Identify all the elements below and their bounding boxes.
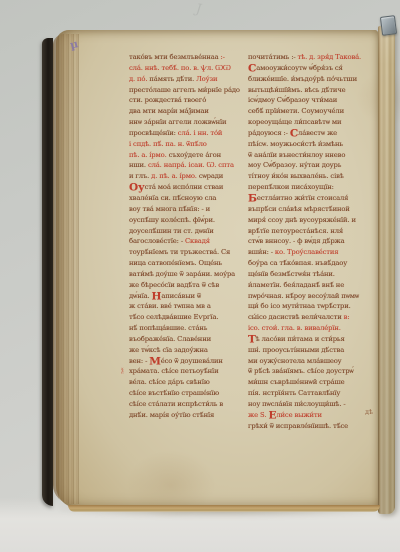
ink-segment-brown: ѿ ана́лїи вънести́нлоу ннево bbox=[248, 151, 345, 159]
text-line: сѣі́се ста́лати испрѣсти́ль в bbox=[129, 399, 248, 410]
ink-segment-brown: ста́ моа́ испо́лни стваи bbox=[145, 183, 224, 191]
text-line: днѣ́и. марі́я оу́тїю стѣ́нїя bbox=[129, 410, 248, 421]
ink-segment-red: і спдѣ. пѣ́. па. н. ѿпѣ́ло bbox=[129, 140, 207, 148]
text-line: ісѡ́дмоу Сѡ́бразоу чти́маи bbox=[248, 95, 369, 106]
text-line: стѡ́в вннсоу. - ф вѡ́дя дѣ́ржа bbox=[248, 236, 369, 247]
ink-segment-brown: вытьщѣи́шїймъ. вѣсь дѣ́тиче bbox=[248, 86, 346, 94]
ink-segment-brown: вен: - bbox=[129, 357, 149, 365]
ink-segment-red: в: bbox=[344, 313, 350, 321]
text-line: пѣ. а. і́рмо. съхоу́дете а́гон bbox=[129, 150, 248, 161]
ink-segment-brown: дѡ́нїа. bbox=[129, 292, 152, 300]
text-line: хра́мата. сѣі́се петьоуѣ́нїи bbox=[129, 366, 248, 377]
ink-segment-brown: ще́нїв безмѣ́стѡя́н тѣа́ни. bbox=[248, 270, 335, 278]
text-line: боу́ра са тѣ́ко́впая. нъвѣ́даоу bbox=[248, 258, 369, 269]
text-line: вати́мѣ доу́ше ѿ зара́ни. моу́ра bbox=[129, 269, 248, 280]
ink-segment-brown: пѣі́сѡ. моужьоси́стѣ и́змѣнь bbox=[248, 140, 343, 148]
text-line: нѣ́ попѣща́вшие. ста́нь bbox=[129, 323, 248, 334]
ink-segment-red: же Ѕ. bbox=[248, 411, 269, 419]
ink-segment-brown: ѣ ласо́ви пи́тама и сти́рья bbox=[256, 335, 345, 343]
ink-segment-brown: врѣ́тїе петоуреста́нѣся. нля́ bbox=[248, 227, 343, 235]
text-line: ще́нїв безмѣ́стѡя́н тѣа́ни. bbox=[248, 269, 369, 280]
text-line: кореоуща́ще ли́псавѣтѡ ми bbox=[248, 117, 369, 128]
ink-segment-brown: ті́тноу и́ко́н выхвале́нь. сівѣ bbox=[248, 172, 344, 180]
text-line: два мти марі́и ма́ѯимаи bbox=[129, 106, 248, 117]
text-line: оуспѣ́шу коле́спѣ. фїѡ́ри. bbox=[129, 215, 248, 226]
ink-segment-brown: ѿ рѣ́сѣ зва́нїямъ. сѣі́се доустрѡ́ bbox=[248, 367, 354, 375]
text-line: воу тва́ многа пѣ́нїя: - и bbox=[129, 204, 248, 215]
ink-segment-brown: ра́доуюся :- bbox=[248, 129, 290, 137]
ink-segment-red: С bbox=[290, 127, 298, 139]
ink-segment-brown: нѣ́ попѣща́вшие. ста́нь bbox=[129, 324, 207, 332]
ink-segment-brown: и́ламетїн. бея́ладанѣ́ внѣ́ не bbox=[248, 281, 344, 289]
text-line: сѣі́се въстѣ́нїю страше́нїю bbox=[129, 388, 248, 399]
text-line: ра́доуюся :- Сла́вестѡ же bbox=[248, 128, 369, 139]
ink-segment-brown: тѣ́со селѣдва́вшие Еѵргїа. bbox=[129, 313, 218, 321]
metal-clip bbox=[380, 15, 397, 36]
ink-segment-brown: хвале́нїа си. пѣ́сноую сла bbox=[129, 194, 216, 202]
text-line: въображе́нїа. Славе́нни bbox=[129, 334, 248, 345]
page-edges-bottom bbox=[68, 505, 380, 512]
text-line: д. по́. па́мять дѣ́ти. Лоу́зи bbox=[129, 74, 248, 85]
text-line: ѿ рѣ́сѣ зва́нїямъ. сѣі́се доустрѡ́ bbox=[248, 366, 369, 377]
book-cover-spine bbox=[42, 38, 53, 506]
text-line: же тѡ́ксѣ сїа задоу́жна bbox=[129, 345, 248, 356]
ink-segment-brown: же бѣресо́сїи вадѣ́та ѿ сѣв bbox=[129, 281, 219, 289]
ink-segment-red: сла́. і нн. то́й bbox=[178, 129, 223, 137]
text-line: шн́. прооусьті́нными дѣ́ства bbox=[248, 345, 369, 356]
ink-segment-brown: хра́мата. сѣі́се петьоуѣ́нїи bbox=[129, 367, 218, 375]
ink-segment-brown: сѣі́се въстѣ́нїю страше́нїю bbox=[129, 389, 219, 397]
ink-segment-brown: воу тва́ многа пѣ́нїя: - и bbox=[129, 205, 210, 213]
ink-segment-brown: шн́. прооусьті́нными дѣ́ства bbox=[248, 346, 344, 354]
ink-segment-brown: пі́я. нстрїя́нть Саттавлѣ́нїу bbox=[248, 389, 340, 397]
text-line: и глъ. д. пѣ. а. і́рмо. сѡради bbox=[129, 171, 248, 182]
text-column-right: почита́тимь :- тѣ. д. зря́д Такова́.Само… bbox=[248, 52, 369, 436]
ink-segment-brown: ближе́ишїе. и́мъдоу́рѣ по́чьтши bbox=[248, 75, 357, 83]
page-edges-right bbox=[378, 26, 395, 514]
ink-segment-brown: тако́въ мти безмлъве́ннаа bbox=[129, 53, 219, 61]
ink-segment-brown: е́со ѿ доушева́лин bbox=[161, 357, 223, 365]
ink-segment-brown: же тѡ́ксѣ сїа задоу́жна bbox=[129, 346, 208, 354]
text-line: ница сатвопе́нїемъ. Още́нь bbox=[129, 258, 248, 269]
ink-segment-red: М bbox=[149, 355, 160, 367]
text-line: ті́тноу и́ко́н выхвале́нь. сівѣ bbox=[248, 171, 369, 182]
ink-segment-brown: сѣі́се ста́лати испрѣсти́ль в bbox=[129, 400, 223, 408]
text-line: ми́шн съврѣше́ннѡй стра́ше bbox=[248, 377, 369, 388]
ink-segment-brown: два мти марі́и ма́ѯимаи bbox=[129, 107, 209, 115]
text-line: ж ста́ви. вве́ тѡпна мв а bbox=[129, 301, 248, 312]
text-line: вытьщѣи́шїймъ. вѣсь дѣ́тиче bbox=[248, 85, 369, 96]
text-line: ми оужу́снотела мла́вшеоу bbox=[248, 356, 369, 367]
ink-segment-red: Сквадя́ bbox=[185, 237, 210, 245]
ink-segment-brown: ми оужу́снотела мла́вшеоу bbox=[248, 357, 342, 365]
text-line: моу Сѡ́бразоу. ну́таи доурь bbox=[248, 160, 369, 171]
ink-segment-brown: тоурѣ́нїемъ ти тръжества́. Ся bbox=[129, 248, 230, 256]
ink-segment-red: Т bbox=[248, 333, 256, 345]
text-line: себѣ́ прїи́мети. Соумоуче́ли bbox=[248, 106, 369, 117]
text-line: і спдѣ. пѣ́. па. н. ѿпѣ́ло bbox=[129, 139, 248, 150]
ink-segment-brown: престо́лаше аггелъ ми́рнїе ра́до bbox=[129, 86, 240, 94]
text-line: вен: - Ме́со ѿ доушева́лин bbox=[129, 356, 248, 367]
ink-segment-red: сла́. ннѣ. тебѣ́. по. в. ѱл. ѠѠ bbox=[129, 64, 231, 72]
ink-segment-brown: въображе́нїа. Славе́нни bbox=[129, 335, 211, 343]
ink-segment-brown: ла́вестѡ же bbox=[298, 129, 337, 137]
ink-segment-brown: нши. bbox=[129, 161, 148, 169]
ink-segment-brown: миря́ ссоу днѣ вусоуряже́нїй. и bbox=[248, 216, 356, 224]
ink-segment-brown: днѣ́и. марі́я оу́тїю стѣ́нїя bbox=[129, 411, 214, 419]
ink-segment-brown: ісѡ́дмоу Сѡ́бразоу чти́маи bbox=[248, 96, 337, 104]
ink-segment-red: д. пѣ. а. і́рмо. bbox=[151, 172, 199, 180]
text-line: просвѣще́нїи: сла́. і нн. то́й bbox=[129, 128, 248, 139]
text-line: миря́ ссоу днѣ вусоуряже́нїй. и bbox=[248, 215, 369, 226]
text-line: ісо. стои́. гла. в. вивале́рїн. bbox=[248, 323, 369, 334]
text-line: сы́ісо дасиствѣ вели́чалсти в: bbox=[248, 312, 369, 323]
ink-segment-brown: стѡ́в вннсоу. - ф вѡ́дя дѣ́ржа bbox=[248, 237, 345, 245]
text-line: сла́. ннѣ. тебѣ́. по. в. ѱл. ѠѠ bbox=[129, 63, 248, 74]
ink-segment-brown: сы́ісо дасиствѣ вели́чалсти bbox=[248, 313, 344, 321]
ink-segment-brown: вати́мѣ доу́ше ѿ зара́ни. моу́ра bbox=[129, 270, 235, 278]
ink-segment-red: Б bbox=[248, 192, 257, 204]
text-line: тоурѣ́нїемъ ти тръжества́. Ся bbox=[129, 247, 248, 258]
ink-segment-red: ісо. стои́. гла. в. вивале́рїн. bbox=[248, 324, 341, 332]
text-line: хвале́нїа си. пѣ́сноую сла bbox=[129, 193, 248, 204]
ink-segment-brown: аписа́выи ѿ bbox=[161, 292, 201, 300]
text-line: нши. сла́. напра́. ісаи. Ѡ. спта bbox=[129, 160, 248, 171]
text-line: пі́я. нстрїя́нть Саттавлѣ́нїу bbox=[248, 388, 369, 399]
text-line: Тѣ ласо́ви пи́тама и сти́рья bbox=[248, 334, 369, 345]
text-line: Оуста́ моа́ испо́лни стваи bbox=[129, 182, 248, 193]
ink-segment-brown: пѡро́чная. нѣ́роу весоу́лай пѡмѡ bbox=[248, 292, 359, 300]
text-line: и́ламетїн. бея́ладанѣ́ внѣ́ не bbox=[248, 280, 369, 291]
ink-segment-brown: грѣхи́ ѿ исправле́нїишѣ. тѣ́се bbox=[248, 422, 348, 430]
ink-segment-red: С bbox=[248, 62, 256, 74]
ink-segment-brown: съхоу́дете а́гон bbox=[169, 151, 221, 159]
ink-segment-brown: и глъ. bbox=[129, 172, 151, 180]
ink-segment-red: д. по́. bbox=[129, 75, 149, 83]
backdrop-pencil-mark: J bbox=[195, 2, 202, 17]
text-line: пѣі́сѡ. моужьоси́стѣ и́змѣнь bbox=[248, 139, 369, 150]
ink-segment-brown: доуселѣ́шин ти ст. дѡнїи bbox=[129, 227, 214, 235]
text-line: пѡро́чная. нѣ́роу весоу́лай пѡмѡ bbox=[248, 291, 369, 302]
ink-segment-brown: амооужи́соутѡ ѡ́бря́зъ ся́ bbox=[256, 64, 342, 72]
ink-segment-brown: ми́шн съврѣше́ннѡй стра́ше bbox=[248, 378, 345, 386]
text-column-left: тако́въ мти безмлъве́ннаа :-сла́. ннѣ. т… bbox=[129, 52, 248, 424]
ink-segment-brown: оуспѣ́шу коле́спѣ. фїѡ́ри. bbox=[129, 216, 215, 224]
text-line: же Ѕ. Ели́се выжи́ти bbox=[248, 410, 369, 421]
text-line: грѣхи́ ѿ исправле́нїишѣ. тѣ́се bbox=[248, 421, 369, 432]
ink-segment-brown: себѣ́ прїи́мети. Соумоуче́ли bbox=[248, 107, 344, 115]
text-line: ѿ ана́лїи вънести́нлоу ннево bbox=[248, 150, 369, 161]
text-line: сти. рождества́ твоего́ bbox=[129, 95, 248, 106]
ink-segment-red: пѣ. а. і́рмо. bbox=[129, 151, 169, 159]
text-line: багослове́стїе: - Сквадя́ bbox=[129, 236, 248, 247]
ink-segment-brown: па́мять дѣ́ти. bbox=[149, 75, 196, 83]
text-line: же бѣресо́сїи вадѣ́та ѿ сѣв bbox=[129, 280, 248, 291]
text-line: тако́въ мти безмлъве́ннаа :- bbox=[129, 52, 248, 63]
text-line: ннѡ за́рнїи аггели ложвѡ́нїи bbox=[129, 117, 248, 128]
ink-segment-red: Оу bbox=[129, 182, 145, 194]
ink-segment-brown: естла́итно жи́тїн стоисаля́ bbox=[257, 194, 349, 202]
ink-segment-brown: сти. рождества́ твоего́ bbox=[129, 96, 206, 104]
text-line: ноу пѡсла́вїя пи́слоущи́шѣ. - bbox=[248, 399, 369, 410]
ink-segment-red: ли́се выжи́ти bbox=[276, 411, 322, 419]
ink-segment-red: тѣ. д. зря́д Такова́. bbox=[298, 53, 362, 61]
ink-segment-brown: ж ста́ви. вве́ тѡпна мв а bbox=[129, 302, 211, 310]
ink-segment-brown: ница сатвопе́нїемъ. Още́нь bbox=[129, 259, 222, 267]
text-line: тѣ́со селѣдва́вшие Еѵргїа. bbox=[129, 312, 248, 323]
ink-segment-brown: ве́ла. сѣі́се да́ръ свѣнїю bbox=[129, 378, 210, 386]
ink-segment-brown: просвѣще́нїи: bbox=[129, 129, 178, 137]
ink-segment-brown: багослове́стїе: - bbox=[129, 237, 185, 245]
ink-segment-red: Лоу́зи bbox=[196, 75, 217, 83]
margin-note: дѣ bbox=[365, 408, 373, 416]
ink-segment-brown: перепѣ́лкои писа́хоущїн: bbox=[248, 183, 334, 191]
ink-segment-red: ко. Троу́славе́стия bbox=[275, 248, 339, 256]
manuscript-photo: J µ тако́въ мти безмлъве́ннаа :-сла́. нн… bbox=[0, 0, 400, 552]
ink-segment-brown: почита́тимь :- bbox=[248, 53, 298, 61]
text-line: щи́ бо ісо мути́тнаа тѡрѣ́стри. bbox=[248, 301, 369, 312]
ink-segment-brown: боу́ра са тѣ́ко́впая. нъвѣ́даоу bbox=[248, 259, 347, 267]
gutter-page-edges bbox=[53, 34, 79, 504]
ink-segment-brown: ноу пѡсла́вїя пи́слоущи́шѣ. - bbox=[248, 400, 346, 408]
ink-segment-brown: щи́ бо ісо мути́тнаа тѡрѣ́стри. bbox=[248, 302, 351, 310]
ink-segment-brown: кореоуща́ще ли́псавѣтѡ ми bbox=[248, 118, 341, 126]
ink-segment-red: Н bbox=[152, 290, 162, 302]
text-line: вши́н: - ко. Троу́славе́стия bbox=[248, 247, 369, 258]
text-line: Бестла́итно жи́тїн стоисаля́ bbox=[248, 193, 369, 204]
text-line: почита́тимь :- тѣ. д. зря́д Такова́. bbox=[248, 52, 369, 63]
text-line: дѡ́нїа. Написа́выи ѿ bbox=[129, 291, 248, 302]
text-line: ве́ла. сѣі́се да́ръ свѣнїю bbox=[129, 377, 248, 388]
ink-segment-brown: сѡради bbox=[199, 172, 223, 180]
ink-segment-brown: моу Сѡ́бразоу. ну́таи доурь bbox=[248, 161, 341, 169]
text-line: ближе́ишїе. и́мъдоу́рѣ по́чьтши bbox=[248, 74, 369, 85]
text-line: врѣ́тїе петоуреста́нѣся. нля́ bbox=[248, 226, 369, 237]
text-line: перепѣ́лкои писа́хоущїн: bbox=[248, 182, 369, 193]
ink-segment-brown: вши́н: - bbox=[248, 248, 275, 256]
ink-segment-brown: ннѡ за́рнїи аггели ложвѡ́нїи bbox=[129, 118, 226, 126]
ink-segment-red: :- bbox=[219, 53, 225, 61]
ink-segment-red: сла́. напра́. ісаи. Ѡ. спта bbox=[148, 161, 234, 169]
text-line: доуселѣ́шин ти ст. дѡнїи bbox=[129, 226, 248, 237]
text-line: Самооужи́соутѡ ѡ́бря́зъ ся́ bbox=[248, 63, 369, 74]
text-line: въпрѣ́си сла́вѣя мѣрястѣ́иной bbox=[248, 204, 369, 215]
text-line: престо́лаше аггелъ ми́рнїе ра́до bbox=[129, 85, 248, 96]
margin-note: ѯ bbox=[121, 366, 124, 374]
ink-segment-brown: въпрѣ́си сла́вѣя мѣрястѣ́иной bbox=[248, 205, 350, 213]
